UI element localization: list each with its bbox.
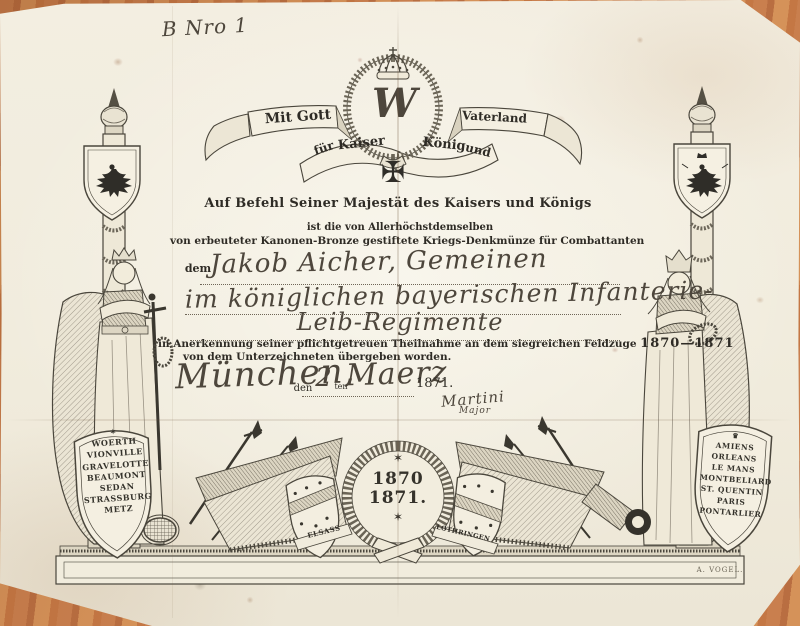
signature-rank-handwritten: Major — [455, 406, 495, 416]
battle-list-left: ✶ WOERTH VIONVILLE GRAVELOTTE BEAUMONT S… — [77, 424, 155, 518]
cannon-icon — [582, 484, 651, 535]
recipient-prefix: dem — [183, 263, 213, 275]
recognition-line: in Anerkennung seiner pflichtgetreuen Th… — [158, 337, 646, 352]
decree-heading: Auf Befehl Seiner Majestät des Kaisers u… — [198, 197, 598, 212]
campaign-years: 1870—1871 — [640, 336, 734, 351]
eagle-shield-right — [674, 144, 730, 218]
eagle-shield-left — [84, 146, 140, 220]
date-den-printed: den — [291, 383, 315, 394]
photographed-certificate: B Nro 1 W Mit Gott Vaterland für Kaiser … — [0, 0, 800, 626]
date-month-handwritten: Maerz — [345, 357, 426, 393]
engraver-mark: A. VOGEL. — [690, 567, 750, 575]
dotted-rule-date — [302, 396, 414, 397]
handwritten-file-note: B Nro 1 — [154, 13, 255, 41]
date-day-handwritten: 2 — [314, 364, 334, 393]
decree-line1: ist die von Allerhöchstdemselben — [300, 222, 500, 233]
recipient-name-handwritten: Jakob Aicher, Gemeinen — [210, 245, 530, 280]
wreath-year-1870: 1870 — [363, 470, 433, 489]
battle-list-right: ♛ AMIENS ORLEANS LE MANS MONTBELIARD ST.… — [697, 428, 769, 520]
wreath-star-bottom: ✶ — [386, 511, 410, 524]
wreath-year-1871: 1871. — [363, 489, 433, 508]
royal-monogram: W — [372, 82, 414, 127]
iron-cross-icon: ✠ — [377, 156, 409, 188]
recipient-unit2-handwritten: Leib-Regimente — [280, 309, 520, 336]
crown-icon — [377, 47, 409, 79]
recognition-text: in Anerkennung seiner pflichtgetreuen Th… — [158, 338, 637, 350]
date-year-printed: 1871. — [416, 377, 452, 392]
wreath-star-top: ✶ — [386, 452, 410, 465]
